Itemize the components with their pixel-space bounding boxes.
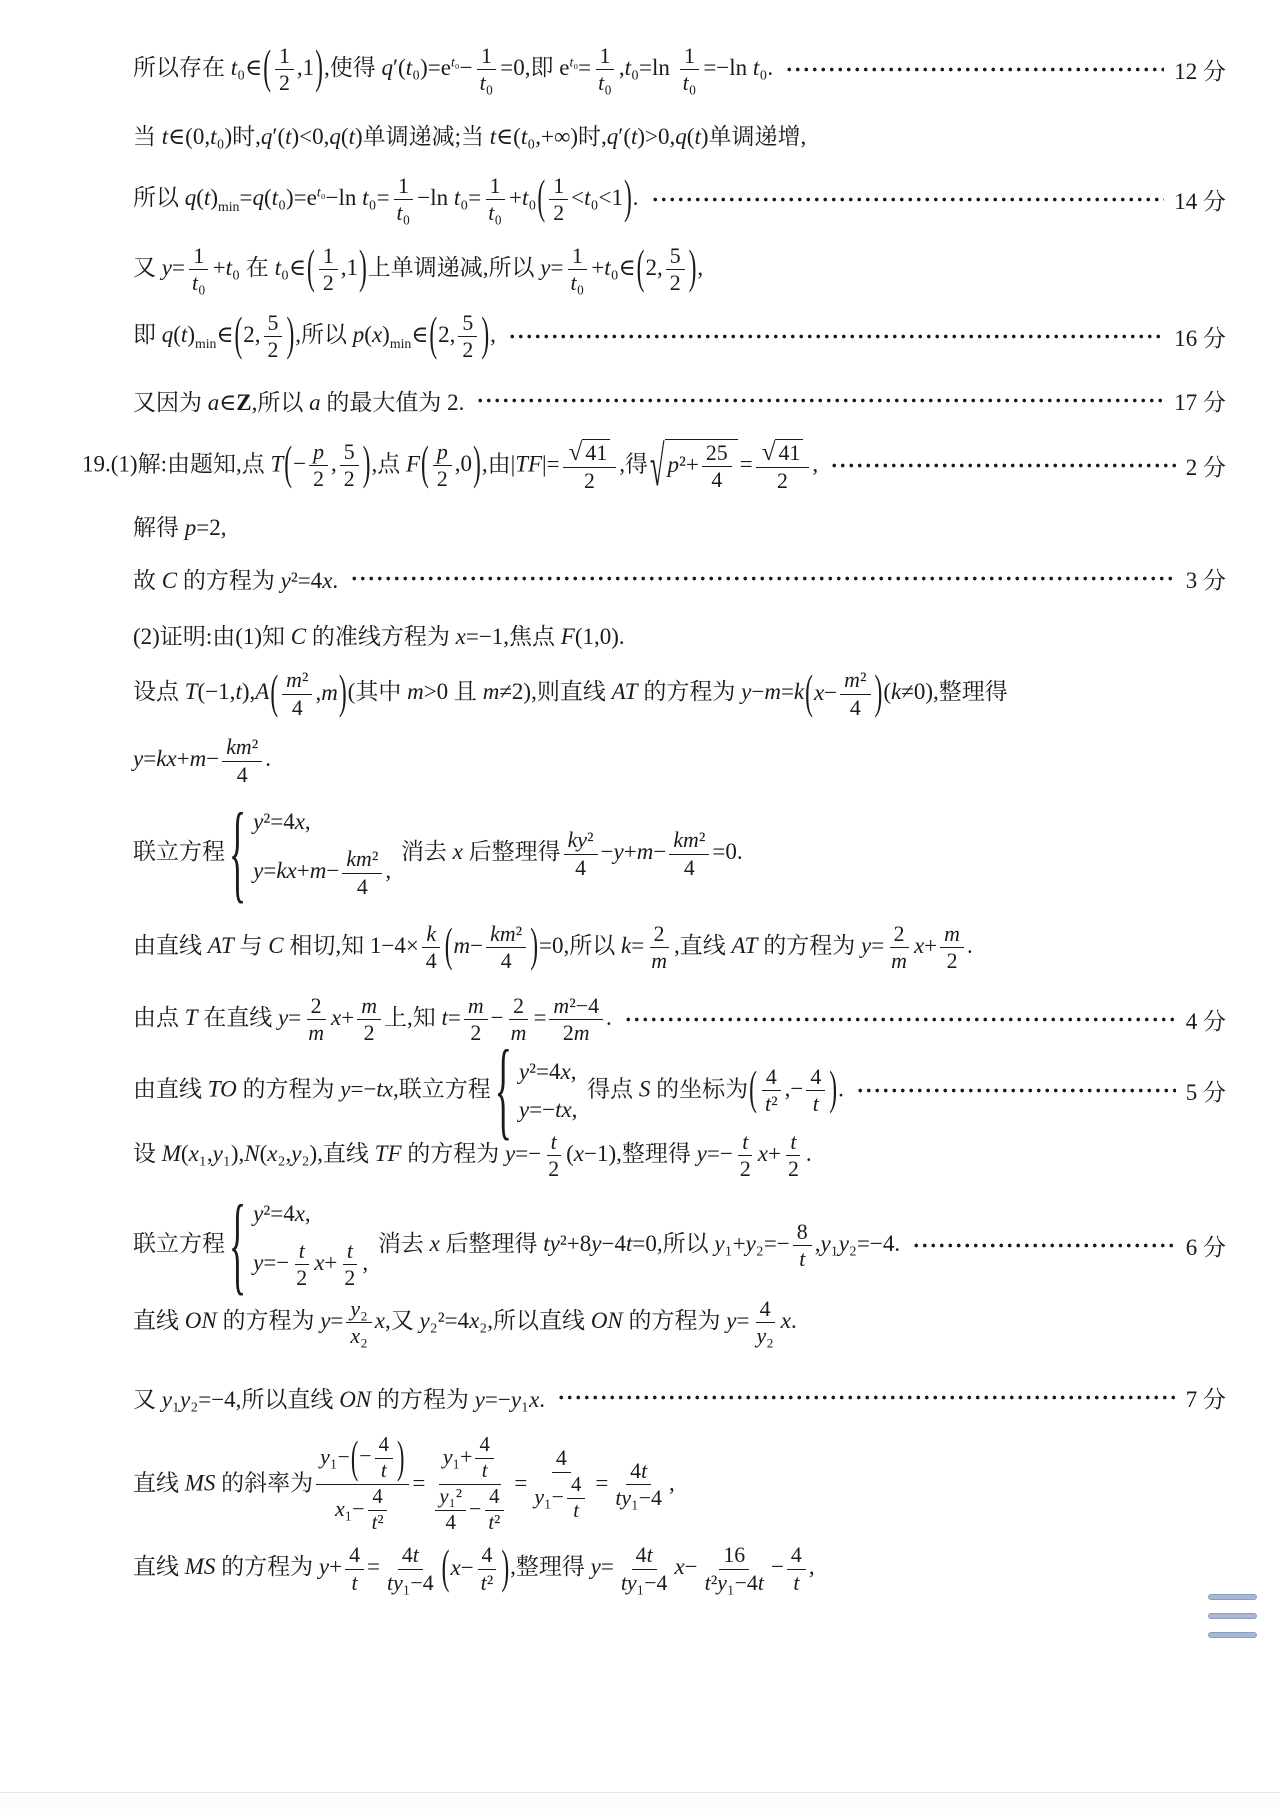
paren-content: m²4,m <box>279 680 338 705</box>
numerator: 1 <box>275 44 294 70</box>
denominator: 4 <box>422 948 441 973</box>
numerator: 4 <box>806 1065 825 1091</box>
open-paren: ( <box>429 313 437 361</box>
numerator: 5 <box>340 440 359 466</box>
subscript: min <box>195 336 216 351</box>
fraction: 4t² <box>484 1486 504 1535</box>
line-text: 由直线 TO 的方程为 y=−tx,联立方程{y²=4x,y=−tx, 得点 S… <box>133 1059 844 1123</box>
fraction: t2 <box>544 1130 563 1182</box>
fraction: 4t <box>475 1434 493 1483</box>
fraction: 1t₀ <box>679 44 701 96</box>
denominator: 2 <box>309 466 328 491</box>
line-text: 由点 T 在直线 y=2mx+m2上,知 t=m2−2m=m²−42m. <box>133 994 612 1046</box>
denominator: 4 <box>680 855 699 880</box>
denominator: y₂ <box>752 1323 777 1348</box>
numerator: y₁² <box>435 1486 466 1511</box>
fraction: √412 <box>756 439 810 494</box>
numerator: m <box>464 994 488 1020</box>
denominator: t₀ <box>679 70 701 95</box>
denominator: 2 <box>319 270 338 295</box>
menu-icon[interactable] <box>1208 1594 1257 1638</box>
denominator: t₀ <box>484 200 506 225</box>
fraction: 2m <box>647 922 671 974</box>
system-row: y=−t2x+t2, <box>253 1239 368 1291</box>
numerator: y₁−(−4t) <box>316 1434 409 1485</box>
fraction: m²−42m <box>549 994 603 1046</box>
dotted-leader <box>830 463 1176 468</box>
numerator: 4t <box>626 1459 651 1485</box>
superscript: t₀ <box>451 55 460 70</box>
denominator: t₀ <box>476 70 498 95</box>
fraction: √412 <box>563 439 617 494</box>
solution-line: 联立方程{y²=4x,y=−t2x+t2, 消去 x 后整理得 ty²+8y−4… <box>133 1201 1226 1291</box>
solution-line: 设 M(x₁,y₁),N(x₂,y₂),直线 TF 的方程为 y=−t2(x−1… <box>133 1130 1226 1182</box>
close-paren: ) <box>339 670 347 718</box>
line-text: 直线 MS 的方程为 y+4t=4tty₁−4(x−4t²),整理得 y=4tt… <box>133 1543 815 1595</box>
fraction: km²4 <box>222 735 262 787</box>
paren-content: 12,1 <box>316 255 358 280</box>
denominator: y₁−4t <box>530 1473 592 1523</box>
close-paren: ) <box>363 442 371 490</box>
line-text: 设点 T(−1,t),A(m²4,m)(其中 m>0 且 m≠2),则直线 AT… <box>133 668 1008 720</box>
denominator: t <box>377 1459 391 1483</box>
dotted-leader <box>785 67 1164 72</box>
fraction: 52 <box>666 244 685 296</box>
system-row: y²=4x, <box>519 1059 577 1085</box>
dotted-leader <box>912 1243 1176 1248</box>
solution-line: 直线 ON 的方程为 y=y₂x₂x,又 y₂²=4x₂,所以直线 ON 的方程… <box>133 1297 1226 1349</box>
numerator: 5 <box>458 311 477 337</box>
score-label: 6 分 <box>1186 1229 1226 1262</box>
denominator: m <box>647 948 671 973</box>
open-paren: ( <box>442 1545 450 1593</box>
solution-line: 由直线 TO 的方程为 y=−tx,联立方程{y²=4x,y=−tx, 得点 S… <box>133 1059 1226 1123</box>
line-text: (2)证明:由(1)知 C 的准线方程为 x=−1,焦点 F(1,0). <box>133 618 625 651</box>
dotted-leader <box>476 398 1164 403</box>
numerator: y₂ <box>346 1297 371 1323</box>
fraction: 4tty₁−4 <box>617 1543 672 1595</box>
denominator: t <box>478 1459 492 1483</box>
denominator: 2 <box>544 1156 563 1181</box>
system-brace: { <box>495 1036 512 1147</box>
numerator: m²−4 <box>549 994 603 1020</box>
numerator: m <box>940 922 964 948</box>
denominator: 4 <box>288 695 307 720</box>
denominator: 4 <box>233 762 252 787</box>
solution-line: 解得 p=2, <box>133 509 1226 542</box>
fraction: m2 <box>357 994 381 1046</box>
system-row: y=kx+m−km²4, <box>253 847 391 899</box>
numerator: m² <box>840 668 870 694</box>
fraction: 4t <box>345 1543 364 1595</box>
line-text: 联立方程{y²=4x,y=−t2x+t2, 消去 x 后整理得 ty²+8y−4… <box>133 1201 900 1291</box>
solution-line: (2)证明:由(1)知 C 的准线方程为 x=−1,焦点 F(1,0). <box>133 618 1226 651</box>
fraction: 52 <box>458 311 477 363</box>
denominator: ty₁−4 <box>611 1485 666 1510</box>
subscript: min <box>390 336 411 351</box>
close-paren: ) <box>689 246 697 294</box>
score-label: 2 分 <box>1186 449 1226 482</box>
solution-line: 当 t∈(0,t₀)时,q′(t)<0,q(t)单调递减;当 t∈(t₀,+∞)… <box>133 118 1226 151</box>
solution-line: 19.(1)解:由题知,点 T(−p2,52),点 F(p2,0),由|TF|=… <box>82 439 1226 494</box>
denominator: 4 <box>846 695 865 720</box>
system-row: y²=4x, <box>253 1201 311 1227</box>
denominator: 2 <box>580 468 599 493</box>
system-brace: { <box>229 1190 246 1301</box>
numerator: 2 <box>890 922 909 948</box>
fraction: 4tty₁−4 <box>611 1459 666 1511</box>
line-text: y=kx+m−km²4. <box>133 735 271 787</box>
paren-content: −p2,52 <box>293 451 362 476</box>
open-paren: ( <box>537 176 545 224</box>
numerator: 1 <box>596 44 615 70</box>
numerator: 25 <box>702 441 732 467</box>
denominator: 4 <box>353 874 372 899</box>
fraction: k4 <box>422 922 441 974</box>
fraction: ky²4 <box>564 828 598 880</box>
paren-content: 2,52 <box>645 255 687 280</box>
denominator: ty₁−4 <box>383 1570 438 1595</box>
fraction: y₁+4ty₁²4−4t² <box>428 1434 511 1536</box>
numerator: 5 <box>666 244 685 270</box>
numerator: t <box>547 1130 561 1156</box>
denominator: 2 <box>433 466 452 491</box>
denominator: t <box>795 1246 809 1271</box>
paren-content: x−4t² <box>450 1555 500 1580</box>
numerator: k <box>422 922 440 948</box>
paren-content: −4t <box>359 1444 396 1468</box>
numerator: t <box>295 1239 309 1265</box>
solution-line: 直线 MS 的方程为 y+4t=4tty₁−4(x−4t²),整理得 y=4tt… <box>133 1543 1226 1595</box>
denominator: t₀ <box>567 270 589 295</box>
fraction: 4t² <box>368 1486 388 1535</box>
fraction: 2m <box>887 922 911 974</box>
denominator: 2 <box>549 200 568 225</box>
close-paren: ) <box>481 313 489 361</box>
equation-system: {y²=4x,y=−tx, <box>495 1059 578 1123</box>
solution-line: 又因为 a∈Z,所以 a 的最大值为 2.17 分 <box>133 384 1226 417</box>
numerator: km² <box>342 847 382 873</box>
system-rows: y²=4x,y=−tx, <box>519 1059 578 1123</box>
dotted-leader <box>651 197 1165 202</box>
numerator: 2 <box>650 922 669 948</box>
open-paren: ( <box>805 670 813 718</box>
fraction: y₁−(−4t)x₁−4t² <box>316 1434 409 1536</box>
solution-line: y=kx+m−km²4. <box>133 735 1226 787</box>
numerator: 4 <box>475 1434 493 1459</box>
solution-line: 即 q(t)min∈(2,52),所以 p(x)min∈(2,52),16 分 <box>133 311 1226 363</box>
numerator: 4 <box>368 1486 386 1511</box>
subscript: min <box>218 199 239 214</box>
numerator: 4 <box>375 1434 393 1459</box>
score-label: 14 分 <box>1174 183 1226 216</box>
radicand: p²+254 <box>665 439 738 493</box>
open-paren: ( <box>351 1435 358 1481</box>
denominator: 2 <box>784 1156 803 1181</box>
solution-line: 又 y=1t₀+t₀ 在 t₀∈(12,1)上单调递减,所以 y=1t₀+t₀∈… <box>133 244 1226 296</box>
paren-content: x−m²4 <box>814 680 874 705</box>
numerator: t <box>738 1130 752 1156</box>
denominator: 2 <box>292 1265 311 1290</box>
close-paren: ) <box>530 924 538 972</box>
line-text: 所以 q(t)min=q(t₀)=et₀−ln t₀=1t₀−ln t₀=1t₀… <box>133 174 639 226</box>
denominator: m <box>304 1020 328 1045</box>
superscript: t₀ <box>570 55 579 70</box>
denominator: t² <box>477 1570 498 1595</box>
denominator: 2 <box>275 70 294 95</box>
numerator: 1 <box>568 244 587 270</box>
denominator: 2 <box>360 1020 379 1045</box>
fraction: t2 <box>784 1130 803 1182</box>
denominator: t² <box>368 1511 388 1535</box>
close-paren: ) <box>624 176 632 224</box>
numerator: 4 <box>478 1543 497 1569</box>
system-rows: y²=4x,y=kx+m−km²4, <box>253 809 391 899</box>
open-paren: ( <box>421 442 429 490</box>
denominator: 2 <box>264 337 283 362</box>
paren-content: 2,52 <box>438 322 480 347</box>
denominator: t <box>569 1499 583 1523</box>
fraction: m²4 <box>282 668 312 720</box>
denominator: 2 <box>773 468 792 493</box>
fraction: 1t₀ <box>594 44 616 96</box>
score-label: 3 分 <box>1186 562 1226 595</box>
denominator: t <box>789 1570 803 1595</box>
numerator: km² <box>669 828 709 854</box>
denominator: 4 <box>497 948 516 973</box>
numerator: 1 <box>477 44 496 70</box>
fraction: 4t² <box>477 1543 498 1595</box>
equation-system: {y²=4x,y=−t2x+t2, <box>229 1201 368 1291</box>
radicand: 41 <box>775 439 803 465</box>
solution-sheet: 所以存在 t₀∈(12,1),使得 q′(t₀)=et₀−1t₀=0,即 et₀… <box>0 0 1280 1595</box>
open-paren: ( <box>234 313 242 361</box>
line-text: 又 y₁y₂=−4,所以直线 ON 的方程为 y=−y₁x. <box>133 1381 545 1414</box>
radical-sign: √ <box>650 438 665 495</box>
fraction: t2 <box>340 1239 359 1291</box>
close-paren: ) <box>397 1435 404 1481</box>
solution-line: 设点 T(−1,t),A(m²4,m)(其中 m>0 且 m≠2),则直线 AT… <box>133 668 1226 720</box>
paren-content: m−km²4 <box>454 933 530 958</box>
close-paren: ) <box>315 46 323 94</box>
solution-line: 又 y₁y₂=−4,所以直线 ON 的方程为 y=−y₁x.7 分 <box>133 1381 1226 1414</box>
numerator: 2 <box>307 994 326 1020</box>
fraction: 1t₀ <box>188 244 210 296</box>
denominator: 2 <box>943 948 962 973</box>
numerator: ky² <box>564 828 598 854</box>
fraction: 4t <box>806 1065 825 1117</box>
open-paren: ( <box>637 246 645 294</box>
denominator: 4 <box>571 855 590 880</box>
fraction: y₁²4 <box>435 1486 466 1535</box>
numerator: p <box>433 440 452 466</box>
solution-line: 联立方程{y²=4x,y=kx+m−km²4, 消去 x 后整理得ky²4−y+… <box>133 809 1226 899</box>
open-paren: ( <box>284 442 292 490</box>
paren-content: 12<t₀<1 <box>546 185 623 210</box>
fraction: km²4 <box>342 847 382 899</box>
system-brace: { <box>229 799 246 910</box>
line-text: 设 M(x₁,y₁),N(x₂,y₂),直线 TF 的方程为 y=−t2(x−1… <box>133 1130 812 1182</box>
fraction: 254 <box>702 441 732 493</box>
numerator: 1 <box>486 174 505 200</box>
line-text: 又因为 a∈Z,所以 a 的最大值为 2. <box>133 384 464 417</box>
line-text: 联立方程{y²=4x,y=kx+m−km²4, 消去 x 后整理得ky²4−y+… <box>133 809 743 899</box>
denominator: 2 <box>736 1156 755 1181</box>
numerator: 4 <box>756 1297 775 1323</box>
fraction: m2 <box>464 994 488 1046</box>
numerator: 8 <box>793 1220 812 1246</box>
numerator: m² <box>282 668 312 694</box>
denominator: x₁−4t² <box>331 1485 395 1535</box>
radical-sign: √ <box>762 440 776 465</box>
system-rows: y²=4x,y=−t2x+t2, <box>253 1201 368 1291</box>
paren-content: 4t²,−4t <box>758 1076 828 1101</box>
close-paren: ) <box>829 1067 837 1115</box>
denominator: 2 <box>340 466 359 491</box>
numerator: 4 <box>762 1065 781 1091</box>
fraction: 12 <box>275 44 294 96</box>
numerator: 1 <box>189 244 208 270</box>
menu-bar <box>1208 1613 1257 1619</box>
denominator: t² <box>761 1091 782 1116</box>
open-paren: ( <box>445 924 453 972</box>
numerator: 4 <box>345 1543 364 1569</box>
radical-sign: √ <box>569 440 583 465</box>
denominator: t² <box>484 1511 504 1535</box>
denominator: 2m <box>559 1020 594 1045</box>
denominator: 2 <box>340 1265 359 1290</box>
numerator: t <box>343 1239 357 1265</box>
fraction: 4y₁−4t <box>530 1446 592 1523</box>
numerator: m <box>357 994 381 1020</box>
solution-line: 故 C 的方程为 y²=4x.3 分 <box>133 562 1226 595</box>
fraction: t2 <box>292 1239 311 1291</box>
numerator: km² <box>222 735 262 761</box>
fraction: 4t² <box>761 1065 782 1117</box>
close-paren: ) <box>359 246 367 294</box>
score-label: 5 分 <box>1186 1074 1226 1107</box>
fraction: 12 <box>549 174 568 226</box>
system-row: y=−tx, <box>519 1097 578 1123</box>
line-text: 又 y=1t₀+t₀ 在 t₀∈(12,1)上单调递减,所以 y=1t₀+t₀∈… <box>133 244 703 296</box>
solution-line: 所以 q(t)min=q(t₀)=et₀−ln t₀=1t₀−ln t₀=1t₀… <box>133 174 1226 226</box>
numerator: 1 <box>549 174 568 200</box>
fraction: km²4 <box>669 828 709 880</box>
line-text: 直线 MS 的斜率为y₁−(−4t)x₁−4t²=y₁+4ty₁²4−4t²=4… <box>133 1434 675 1536</box>
denominator: t₀ <box>188 270 210 295</box>
denominator: 2 <box>466 1020 485 1045</box>
score-label: 12 分 <box>1174 53 1226 86</box>
fraction: 1t₀ <box>567 244 589 296</box>
fraction: p2 <box>309 440 328 492</box>
fraction: 2m <box>304 994 328 1046</box>
line-text: 故 C 的方程为 y²=4x. <box>133 562 338 595</box>
open-paren: ( <box>263 46 271 94</box>
fraction: y₂x₂ <box>346 1297 371 1349</box>
fraction: p2 <box>433 440 452 492</box>
fraction: 4y₂ <box>752 1297 777 1349</box>
page-bottom-area <box>0 1793 1280 1809</box>
numerator: 4 <box>485 1486 503 1511</box>
fraction: m²4 <box>840 668 870 720</box>
menu-bar <box>1208 1632 1257 1638</box>
numerator: √41 <box>563 439 617 468</box>
denominator: 2 <box>458 337 477 362</box>
denominator: t <box>809 1091 823 1116</box>
radical: √41 <box>569 439 611 465</box>
dotted-leader <box>350 576 1176 581</box>
denominator: 2 <box>666 270 685 295</box>
dotted-leader <box>508 334 1164 339</box>
fraction: 8t <box>793 1220 812 1272</box>
fraction: 52 <box>264 311 283 363</box>
fraction: 4tty₁−4 <box>383 1543 438 1595</box>
fraction: t2 <box>736 1130 755 1182</box>
numerator: 1 <box>319 244 338 270</box>
denominator: t²y₁−4t <box>701 1570 768 1595</box>
radicand: 41 <box>582 439 610 465</box>
score-label: 16 分 <box>1174 320 1226 353</box>
numerator: 4 <box>567 1474 585 1499</box>
numerator: y₁+4t <box>439 1434 501 1485</box>
numerator: km² <box>486 922 526 948</box>
fraction: 16t²y₁−4t <box>701 1543 768 1595</box>
denominator: ty₁−4 <box>617 1570 672 1595</box>
open-paren: ( <box>270 670 278 718</box>
paren-content: 2,52 <box>243 322 285 347</box>
close-paren: ) <box>286 313 294 361</box>
denominator: y₁²4−4t² <box>428 1485 511 1535</box>
denominator: 4 <box>442 1511 460 1535</box>
denominator: t <box>348 1570 362 1595</box>
open-paren: ( <box>749 1067 757 1115</box>
fraction: m2 <box>940 922 964 974</box>
dotted-leader <box>624 1017 1176 1022</box>
numerator: 16 <box>719 1543 749 1569</box>
line-text: 19.(1)解:由题知,点 T(−p2,52),点 F(p2,0),由|TF|=… <box>82 439 818 494</box>
paren-content: p2,0 <box>430 451 472 476</box>
score-label: 4 分 <box>1186 1003 1226 1036</box>
numerator: 1 <box>680 44 699 70</box>
solution-line: 由点 T 在直线 y=2mx+m2上,知 t=m2−2m=m²−42m.4 分 <box>133 994 1226 1046</box>
score-label: 7 分 <box>1186 1381 1226 1414</box>
system-row: y²=4x, <box>253 809 311 835</box>
denominator: 4 <box>707 467 726 492</box>
denominator: t₀ <box>393 200 415 225</box>
denominator: m <box>887 948 911 973</box>
close-paren: ) <box>501 1545 509 1593</box>
numerator: t <box>786 1130 800 1156</box>
close-paren: ) <box>875 670 883 718</box>
fraction: 1t₀ <box>484 174 506 226</box>
menu-bar <box>1208 1594 1257 1600</box>
fraction: 1t₀ <box>476 44 498 96</box>
fraction: 4t <box>567 1474 585 1523</box>
line-text: 所以存在 t₀∈(12,1),使得 q′(t₀)=et₀−1t₀=0,即 et₀… <box>133 44 773 96</box>
numerator: 4 <box>787 1543 806 1569</box>
numerator: p <box>309 440 328 466</box>
numerator: 4 <box>552 1446 571 1472</box>
line-text: 解得 p=2, <box>133 509 226 542</box>
radical: √41 <box>762 439 804 465</box>
denominator: x₂ <box>346 1323 371 1348</box>
line-text: 由直线 AT 与 C 相切,知 1−4×k4(m−km²4)=0,所以 k=2m… <box>133 922 973 974</box>
solution-line: 所以存在 t₀∈(12,1),使得 q′(t₀)=et₀−1t₀=0,即 et₀… <box>133 44 1226 96</box>
denominator: t₀ <box>594 70 616 95</box>
paren-content: 12,1 <box>272 55 314 80</box>
numerator: 4t <box>632 1543 657 1569</box>
numerator: 2 <box>509 994 528 1020</box>
